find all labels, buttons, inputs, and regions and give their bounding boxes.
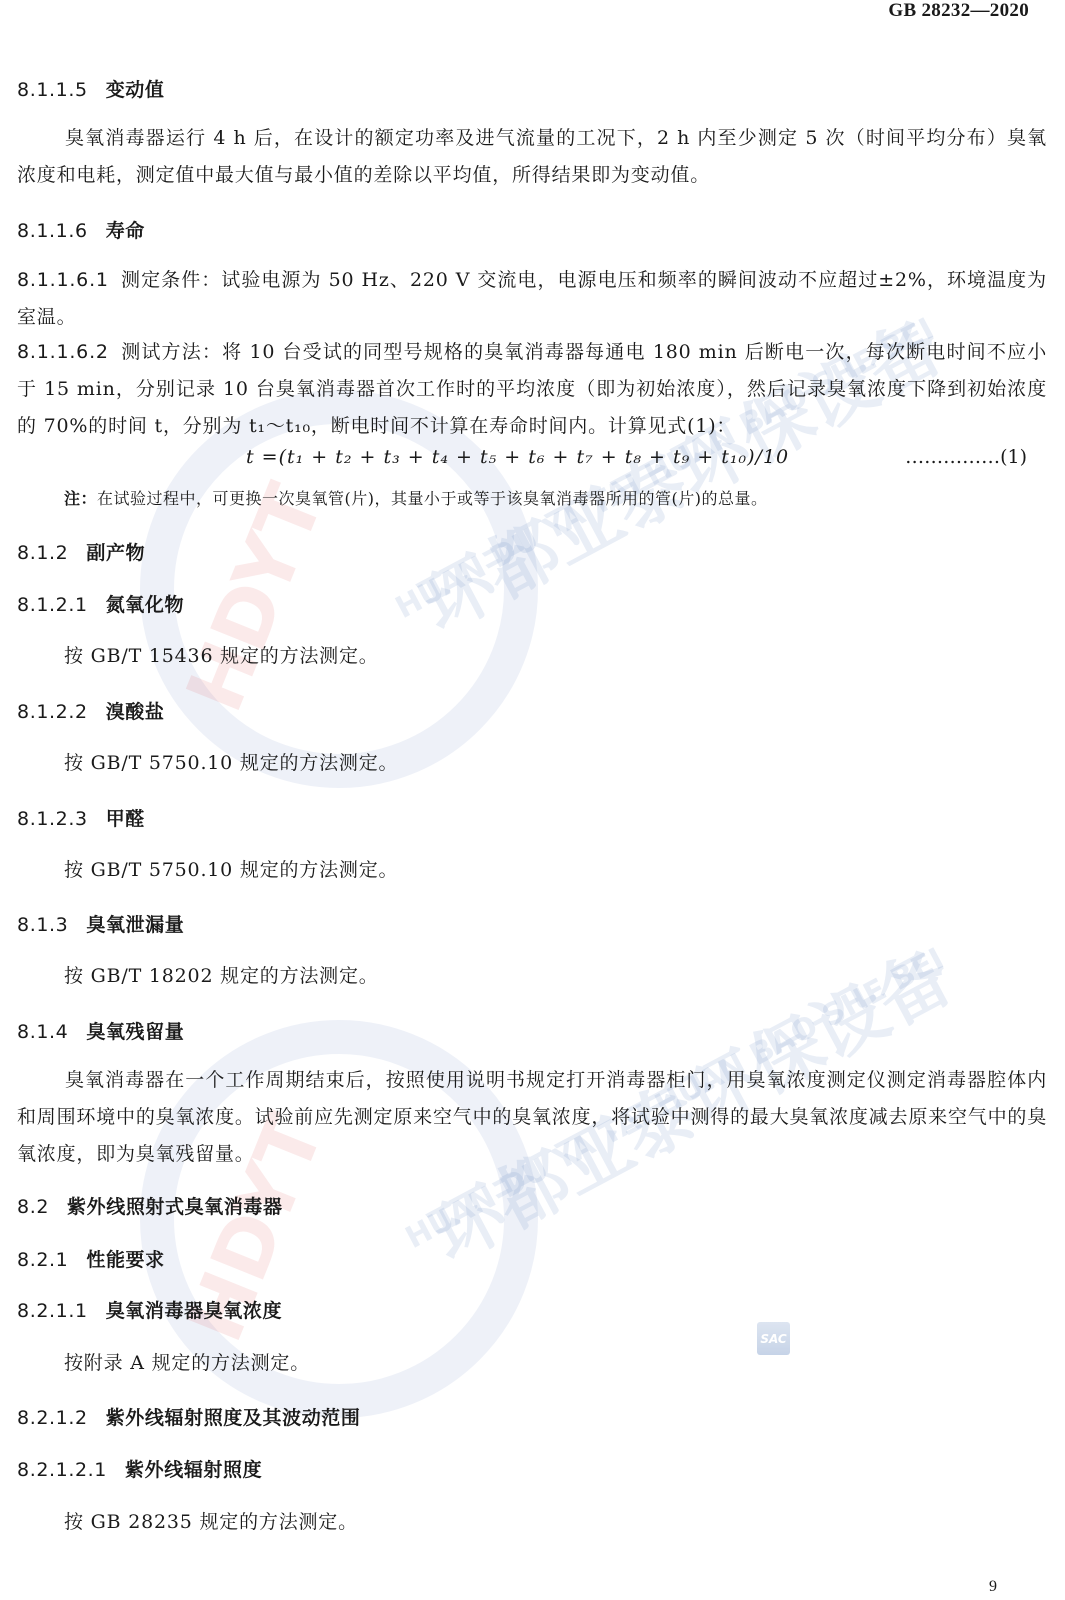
note: 注：在试验过程中，可更换一次臭氧管(片)，其量小于或等于该臭氧消毒器所用的管(片… xyxy=(64,486,768,509)
section-number: 8.2.1.1 xyxy=(17,1300,88,1322)
paragraph-text: 测定条件：试验电源为 50 Hz、220 V 交流电，电源电压和频率的瞬间波动不… xyxy=(17,269,1047,328)
paragraph-8-1-2-1: 按 GB/T 15436 规定的方法测定。 xyxy=(64,641,379,668)
section-title: 臭氧泄漏量 xyxy=(86,914,184,936)
section-title: 甲醛 xyxy=(106,808,145,830)
section-number: 8.2.1 xyxy=(17,1249,68,1271)
section-title: 性能要求 xyxy=(86,1249,164,1271)
section-title: 臭氧残留量 xyxy=(86,1021,184,1043)
standard-number: GB 28232—2020 xyxy=(888,0,1029,22)
heading-8-1-2-2: 8.1.2.2溴酸盐 xyxy=(17,697,165,724)
section-number: 8.1.4 xyxy=(17,1021,68,1043)
section-number: 8.1.2.2 xyxy=(17,701,88,723)
heading-8-2-1: 8.2.1性能要求 xyxy=(17,1245,165,1272)
paragraph-8-1-2-3: 按 GB/T 5750.10 规定的方法测定。 xyxy=(64,855,398,882)
section-number: 8.2.1.2.1 xyxy=(17,1459,107,1481)
paragraph-8-1-1-5: 臭氧消毒器运行 4 h 后，在设计的额定功率及进气流量的工况下，2 h 内至少测… xyxy=(17,120,1047,194)
note-label: 注： xyxy=(64,489,97,508)
paragraph-8-1-2-2: 按 GB/T 5750.10 规定的方法测定。 xyxy=(64,748,398,775)
section-title: 紫外线照射式臭氧消毒器 xyxy=(67,1196,283,1218)
paragraph-8-2-1-2-1: 按 GB 28235 规定的方法测定。 xyxy=(64,1507,358,1534)
formula-number: ……………(1) xyxy=(905,446,1027,468)
section-number: 8.1.2.1 xyxy=(17,594,88,616)
heading-8-1-4: 8.1.4臭氧残留量 xyxy=(17,1017,184,1044)
heading-8-2-1-2-1: 8.2.1.2.1紫外线辐射照度 xyxy=(17,1455,262,1482)
section-number: 8.1.1.6 xyxy=(17,220,88,242)
section-number: 8.1.2.3 xyxy=(17,808,88,830)
paragraph-8-1-1-6-1: 8.1.1.6.1测定条件：试验电源为 50 Hz、220 V 交流电，电源电压… xyxy=(17,262,1047,336)
section-title: 寿命 xyxy=(106,220,145,242)
section-title: 紫外线辐射照度及其波动范围 xyxy=(106,1407,361,1429)
heading-8-1-2-3: 8.1.2.3甲醛 xyxy=(17,804,145,831)
heading-8-2-1-1: 8.2.1.1臭氧消毒器臭氧浓度 xyxy=(17,1296,282,1323)
heading-8-2: 8.2紫外线照射式臭氧消毒器 xyxy=(17,1192,283,1219)
section-title: 变动值 xyxy=(106,79,165,101)
section-number: 8.1.2 xyxy=(17,542,68,564)
section-title: 臭氧消毒器臭氧浓度 xyxy=(106,1300,282,1322)
paragraph-8-1-3: 按 GB/T 18202 规定的方法测定。 xyxy=(64,961,379,988)
section-number: 8.2 xyxy=(17,1196,49,1218)
heading-8-1-2: 8.1.2副产物 xyxy=(17,538,145,565)
section-title: 副产物 xyxy=(86,542,145,564)
section-number: 8.1.1.6.2 xyxy=(17,341,109,363)
document-page: HDYT 环都亚泰环保设备 HUAN DU YA TAI HUAN BAO SH… xyxy=(0,0,1065,1600)
paragraph-8-1-4: 臭氧消毒器在一个工作周期结束后，按照使用说明书规定打开消毒器柜门，用臭氧浓度测定… xyxy=(17,1062,1047,1173)
heading-8-2-1-2: 8.2.1.2紫外线辐射照度及其波动范围 xyxy=(17,1403,361,1430)
section-number: 8.1.3 xyxy=(17,914,68,936)
heading-8-1-2-1: 8.1.2.1氮氧化物 xyxy=(17,590,184,617)
note-text: 在试验过程中，可更换一次臭氧管(片)，其量小于或等于该臭氧消毒器所用的管(片)的… xyxy=(97,489,767,508)
section-title: 溴酸盐 xyxy=(106,701,165,723)
heading-8-1-1-6: 8.1.1.6寿命 xyxy=(17,216,145,243)
paragraph-text: 测试方法：将 10 台受试的同型号规格的臭氧消毒器每通电 180 min 后断电… xyxy=(17,341,1047,437)
watermark-logo-top: HDYT xyxy=(170,473,341,724)
page-number: 9 xyxy=(989,1578,997,1596)
section-number: 8.1.1.5 xyxy=(17,79,88,101)
section-title: 氮氧化物 xyxy=(106,594,184,616)
sac-logo-icon: SAC xyxy=(757,1322,790,1355)
heading-8-1-1-5: 8.1.1.5变动值 xyxy=(17,75,165,102)
section-title: 紫外线辐射照度 xyxy=(125,1459,262,1481)
formula-1: t =(t₁ + t₂ + t₃ + t₄ + t₅ + t₆ + t₇ + t… xyxy=(246,446,789,468)
section-number: 8.1.1.6.1 xyxy=(17,269,109,291)
paragraph-8-1-1-6-2: 8.1.1.6.2测试方法：将 10 台受试的同型号规格的臭氧消毒器每通电 18… xyxy=(17,334,1047,445)
heading-8-1-3: 8.1.3臭氧泄漏量 xyxy=(17,910,184,937)
section-number: 8.2.1.2 xyxy=(17,1407,88,1429)
paragraph-8-2-1-1: 按附录 A 规定的方法测定。 xyxy=(64,1348,310,1375)
